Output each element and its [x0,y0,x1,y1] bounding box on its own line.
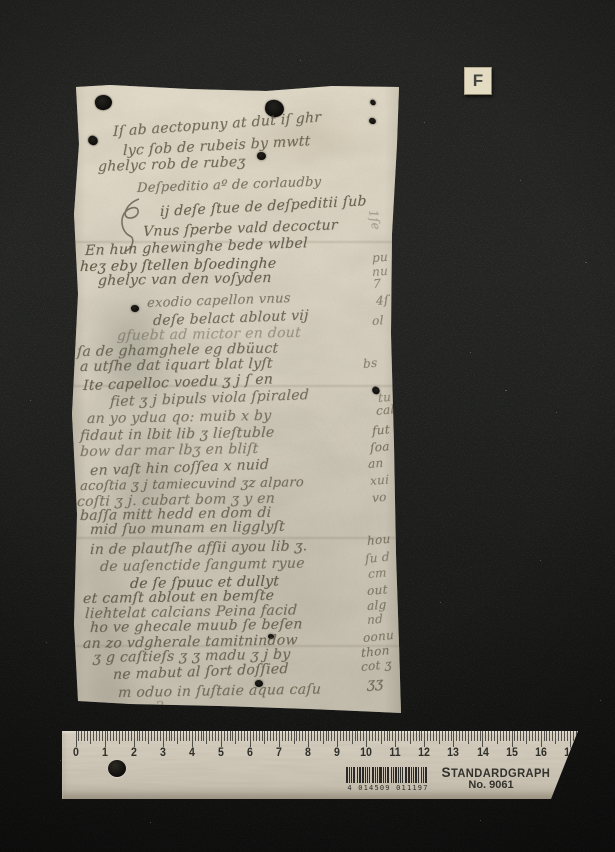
manuscript-margin-fragment: ſu d [365,550,390,565]
ruler-tick [576,731,577,741]
ruler-tick [421,731,422,741]
ruler-tick [209,731,210,741]
ruler-tick [116,731,117,741]
ruler-tick [166,731,167,741]
ruler-tick [331,731,332,741]
ruler-number: 1 [102,747,108,759]
barcode-bar [421,767,422,783]
ruler-tick [122,731,123,741]
ruler-tick [308,731,309,747]
manuscript-text-line: Vnus ſperbe vald decoctur [143,218,338,239]
ruler-tick [174,731,175,741]
ruler-tick [482,731,483,747]
ruler-tick [369,731,370,741]
ruler-tick [349,731,350,741]
ruler-tick [227,731,228,741]
ruler-tick [139,731,140,741]
ruler-tick [561,731,562,741]
manuscript-margin-fragment: ſoa [370,440,390,454]
manuscript-margin-fragment: cm [368,566,387,580]
dust-speck [30,400,31,401]
ruler-tick [424,731,425,747]
ruler-number: 16 [535,747,547,759]
ruler-tick [494,731,495,741]
ruler-tick [552,731,553,741]
manuscript-margin-fragment: 1ſe [367,209,382,230]
ruler-tick [398,731,399,741]
ruler: 01234567891011121314151617 4 014509 0111… [62,731,578,799]
ruler-tick [343,731,344,741]
barcode-bar [365,767,366,783]
ruler-tick [128,731,129,741]
ruler-tick [529,731,530,741]
barcode-bar [383,767,384,783]
barcode-bar [353,767,355,783]
ruler-tick [465,731,466,741]
manuscript-margin-fragment: xui [370,473,389,487]
ruler-tick [105,731,106,747]
dust-speck [520,180,521,181]
ruler-tick [549,731,550,741]
ruler-number: 3 [160,747,166,759]
ruler-tick [337,731,338,747]
ruler-tick [171,731,172,741]
ruler-tick [96,731,97,741]
ruler-tick [430,731,431,741]
ruler-number: 5 [218,747,224,759]
ruler-tick [462,731,463,741]
ruler-tick [573,731,574,741]
ruler-tick [102,731,103,741]
dust-speck [46,642,47,643]
barcode-bar [362,767,364,783]
manuscript-text-line: 2 [155,700,165,714]
ruler-tick [157,731,158,741]
barcode-bar [372,767,374,783]
barcode-bar [369,767,370,783]
ruler-tick [230,731,231,741]
ruler-tick [323,731,324,744]
ruler-tick [395,731,396,747]
manuscript-margin-fragment: ol [372,314,384,327]
manuscript-text-line: ij deſe ſtue de deſpeditii ſub [160,194,367,219]
manuscript-margin-fragment: an [368,457,384,470]
ruler-tick [326,731,327,741]
ruler-tick [270,731,271,741]
manuscript-margin-fragment: alg [367,598,387,612]
ruler-tick [288,731,289,741]
ruler-tick [296,731,297,741]
ruler-tick [110,731,111,741]
ruler-tick [509,731,510,741]
ruler-tick [169,731,170,741]
ruler-tick [413,731,414,741]
ruler-tick [201,731,202,741]
manuscript-margin-fragment: 7 [373,277,381,290]
ruler-number: 6 [247,747,253,759]
barcode-bar [400,767,401,783]
ruler-tick [401,731,402,741]
ruler-tick [294,731,295,744]
ruler-tick [485,731,486,741]
ruler-number: 11 [390,747,401,759]
ruler-tick [477,731,478,741]
ruler-tick [503,731,504,741]
ruler-tick [259,731,260,741]
ruler-tick [218,731,219,741]
barcode-bar [423,767,424,783]
ruler-tick [328,731,329,741]
ruler-tick [523,731,524,741]
dust-speck [585,262,587,263]
dust-speck [60,760,61,761]
ruler-tick [471,731,472,741]
ruler-tick [355,731,356,741]
ruler-tick [87,731,88,741]
manuscript-margin-fragment: hou [367,533,391,547]
ruler-tick [544,731,545,741]
ruler-tick [340,731,341,741]
dust-speck [300,60,301,61]
ruler-tick [113,731,114,741]
ruler-tick [387,731,388,741]
ruler-tick [145,731,146,741]
ruler-tick [151,731,152,741]
page-hole [94,94,113,112]
ruler-number: 7 [276,747,282,759]
ruler-tick [311,731,312,741]
ruler-tick [314,731,315,741]
ruler-tick [346,731,347,741]
ruler-tick [119,731,120,744]
ruler-tick [363,731,364,741]
barcode-bar [398,767,399,783]
ruler-number: 0 [73,747,79,759]
barcode [346,767,428,783]
ruler-tick [212,731,213,741]
ruler-number: 17 [564,747,576,759]
ruler-tick [436,731,437,741]
ruler-tick [541,731,542,747]
dust-speck [440,602,441,603]
dust-speck [480,820,481,821]
ruler-tick [407,731,408,741]
barcode-bar [402,767,403,783]
ruler-tick [372,731,373,741]
manuscript-margin-fragment: vo [372,491,387,504]
manuscript-text-line: ghelyc rob de rubeʒ [98,155,246,174]
manuscript-text-line: de uaſenctide ſangumt ryue [100,556,305,574]
ruler-tick [448,731,449,741]
ruler-tick [250,731,251,747]
ruler-tick [433,731,434,741]
manuscript-text-line: in de plautſhe afſii ayou lib ʒ. [90,539,308,557]
ruler-tick [198,731,199,741]
dust-speck [556,412,557,413]
page-hole [369,99,377,107]
ruler-tick [93,731,94,741]
ruler-tick [567,731,568,741]
barcode-bar [385,767,386,783]
barcode-bar [375,767,376,783]
dust-speck [424,122,425,123]
manuscript-margin-fragment: ʒʒ [367,677,383,690]
ruler-tick [282,731,283,741]
ruler-tick [474,731,475,741]
barcode-bar [357,767,358,783]
manuscript-margin-fragment: bs [363,356,378,370]
ruler-brand-text: STANDARDGRAPH [442,764,541,780]
ruler-tick [555,731,556,744]
ruler-tick [570,731,571,747]
barcode-bar [377,767,378,783]
manuscript-text-line: an yo ydua qo: muib x by [87,409,272,426]
barcode-bar [415,767,417,783]
ruler-tick [546,731,547,741]
ruler-number: 9 [334,747,340,759]
ruler-tick [564,731,565,741]
manuscript-margin-fragment: out [367,583,388,597]
ruler-tick [375,731,376,741]
barcode-bar [367,767,368,783]
ruler-model-number: No. 9061 [460,779,522,791]
manuscript-margin-fragment: pu [372,251,388,264]
ruler-tick [247,731,248,741]
manuscript-text-line: Deſpeditio aº de corlaudby [137,176,322,196]
ruler-tick [134,731,135,747]
ruler-tick [416,731,417,741]
manuscript-text-line: ghelyc van den voſyden [98,271,272,288]
ruler-tick [203,731,204,741]
manuscript-margin-fragment: nd [367,613,383,626]
ruler-tick [352,731,353,744]
ruler-tick [235,731,236,744]
ruler-tick [305,731,306,741]
manuscript-text-line: bow dar mar lbʒ en bliſt [80,442,259,459]
ruler-tick [320,731,321,741]
ruler-tick [177,731,178,744]
ruler-number: 12 [418,747,430,759]
ruler-tick [381,731,382,744]
ruler-tick [107,731,108,741]
barcode-bar [346,767,348,783]
ruler-tick [90,731,91,744]
ruler-number: 10 [360,747,372,759]
ruler-tick [244,731,245,741]
barcode-bar [395,767,397,783]
ruler-number: 2 [131,747,137,759]
ruler-tick [238,731,239,741]
manuscript-margin-fragment: oonu [363,629,394,644]
ruler-tick [81,731,82,741]
photo-label-tile: F [464,67,492,95]
ruler-tick [253,731,254,741]
dust-speck [600,700,601,701]
ruler-number: 14 [477,747,489,759]
barcode-bar [387,767,389,783]
ruler-tick [442,731,443,741]
ruler-tick [514,731,515,741]
ruler-tick [453,731,454,747]
manuscript-margin-fragment: 4ſ [376,294,389,307]
ruler-tick [439,731,440,744]
ruler-tick [192,731,193,747]
dust-speck [150,822,151,823]
ruler-tick [142,731,143,741]
manuscript-margin-fragment: cot ʒ [361,658,392,673]
ruler-tick [148,731,149,744]
ruler-tick [456,731,457,741]
ruler-tick [334,731,335,741]
barcode-bar [408,767,410,783]
ruler-tick [526,731,527,744]
ruler-tick [291,731,292,741]
ruler-tick [360,731,361,741]
ruler-tick [404,731,405,741]
ruler-tick [186,731,187,741]
ruler-tick [497,731,498,744]
ruler-tick [256,731,257,741]
ruler-tick [279,731,280,747]
manuscript-text-line: m oduo in ſuſtaie aqua caſu [118,682,322,700]
ruler-number: 8 [305,747,311,759]
dust-speck [540,560,541,561]
ruler-tick [491,731,492,741]
ruler-tick [480,731,481,741]
dust-speck [505,390,507,391]
barcode-bar [359,767,361,783]
ruler-tick [195,731,196,741]
barcode-bar [405,767,407,783]
photograph-scene: Iſ ab aectopuny at dut iſ ghrlyc ſob de … [0,0,615,852]
ruler-tick [512,731,513,747]
barcode-bar [411,767,412,783]
ruler-tick [84,731,85,741]
page-hole [368,117,377,125]
ruler-tick [392,731,393,741]
ruler-tick [137,731,138,741]
manuscript-page: Iſ ab aectopuny at dut iſ ghrlyc ſob de … [70,84,402,715]
page-hole [257,152,266,160]
barcode-bar [418,767,419,783]
ruler-tick [299,731,300,741]
ruler-tick [459,731,460,741]
ruler-tick [262,731,263,741]
ruler-tick [224,731,225,741]
ruler-tick [538,731,539,741]
ruler-tick [78,731,79,741]
page-hole [86,134,99,147]
ruler-tick [488,731,489,741]
ruler-tick [273,731,274,741]
tile-letter: F [473,71,483,91]
barcode-bar [349,767,350,783]
barcode-bar [351,767,352,783]
ruler-tick [535,731,536,741]
page-hole [131,305,139,312]
ruler-tick [445,731,446,741]
ruler-tick [76,731,77,747]
ruler-tick [180,731,181,741]
ruler-hole [108,760,126,777]
ruler-tick [232,731,233,741]
ruler-tick [125,731,126,741]
ruler-tick [378,731,379,741]
ruler-tick [276,731,277,741]
ruler-tick [357,731,358,741]
ruler-tick [366,731,367,747]
ruler-tick [500,731,501,741]
ruler-tick [206,731,207,744]
ruler-tick [451,731,452,741]
barcode-bar [393,767,394,783]
manuscript-text-line: en vaſt hin coſſea x nuid [90,458,270,478]
ruler-tick [215,731,216,741]
ruler-number: 15 [506,747,518,759]
ruler-tick [160,731,161,741]
ruler-tick [389,731,390,741]
manuscript-margin-fragment: cab [376,403,399,417]
ruler-tick [506,731,507,741]
barcode-bar [391,767,392,783]
ruler-tick [517,731,518,741]
ruler-tick [468,731,469,744]
ruler-tick [267,731,268,741]
ruler-tick [520,731,521,741]
ruler-tick [131,731,132,741]
manuscript-margin-fragment: fut [372,423,390,437]
ruler-tick [99,731,100,741]
ruler-tick [285,731,286,741]
barcode-digits: 4 014509 011197 [338,784,438,792]
ruler-number: 4 [189,747,195,759]
dust-speck [470,352,471,353]
barcode-bar [413,767,414,783]
ruler-tick [183,731,184,741]
barcode-bar [379,767,382,783]
ruler-tick [189,731,190,741]
ruler-tick [302,731,303,741]
ruler-tick [221,731,222,747]
ruler-tick [558,731,559,741]
ruler-number: 13 [448,747,460,759]
ruler-tick [154,731,155,741]
ruler-tick [384,731,385,741]
ruler-tick [427,731,428,741]
ruler-tick [264,731,265,744]
ruler-tick [532,731,533,741]
ruler-tick [410,731,411,744]
barcode-bar [425,767,427,783]
ruler-tick [241,731,242,741]
ruler-tick [419,731,420,741]
ruler-tick [317,731,318,741]
manuscript-text-line: mid ſuo munam en ligglyſt [90,520,286,537]
ruler-tick [163,731,164,747]
